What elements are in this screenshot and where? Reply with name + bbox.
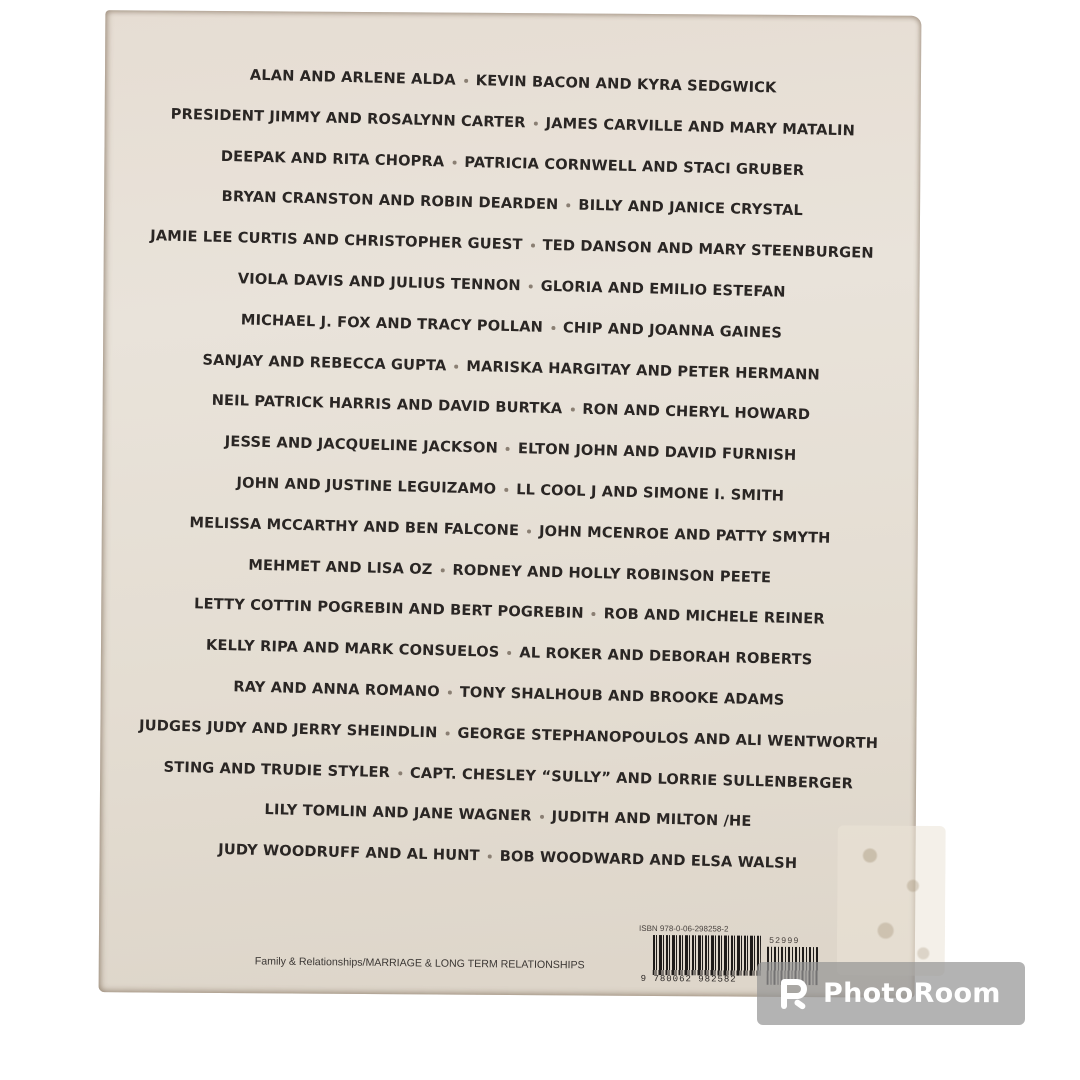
couple-name: ALAN AND ARLENE ALDA — [250, 67, 456, 89]
bullet-separator-icon — [507, 651, 511, 655]
category-label: Family & Relationships/MARRIAGE & LONG T… — [255, 955, 585, 971]
bullet-separator-icon — [398, 771, 402, 775]
barcode-digits: 9 780062 982582 — [641, 974, 737, 985]
bullet-separator-icon — [529, 284, 533, 288]
photoroom-watermark: PhotoRoom — [757, 962, 1025, 1025]
bullet-separator-icon — [570, 408, 574, 412]
bullet-separator-icon — [440, 568, 444, 572]
couple-name: ROB AND MICHELE REINER — [604, 606, 825, 628]
photo-stage: ALAN AND ARLENE ALDAKEVIN BACON AND KYRA… — [0, 0, 1080, 1080]
bullet-separator-icon — [452, 160, 456, 164]
watermark-text: PhotoRoom — [823, 978, 1001, 1009]
bullet-separator-icon — [527, 529, 531, 533]
isbn-label: ISBN 978-0-06-298258-2 — [639, 924, 728, 934]
bullet-separator-icon — [504, 488, 508, 492]
barcode-bars-icon — [653, 935, 761, 976]
photoroom-logo-icon — [781, 979, 811, 1009]
book-back-cover: ALAN AND ARLENE ALDAKEVIN BACON AND KYRA… — [99, 10, 922, 998]
bullet-separator-icon — [592, 612, 596, 616]
couple-name: BILLY AND JANICE CRYSTAL — [578, 197, 803, 219]
price-code: 52999 — [769, 936, 800, 946]
bullet-separator-icon — [540, 815, 544, 819]
bullet-separator-icon — [454, 364, 458, 368]
bullet-separator-icon — [448, 690, 452, 694]
bullet-separator-icon — [464, 79, 468, 83]
bullet-separator-icon — [488, 855, 492, 859]
sticker-residue — [837, 825, 946, 976]
bullet-separator-icon — [534, 121, 538, 125]
couple-name: JUDITH AND MILTON /HE — [551, 808, 751, 830]
couple-name: RON AND CHERYL HOWARD — [582, 401, 810, 424]
couple-name: KEVIN BACON AND KYRA SEDGWICK — [476, 72, 777, 96]
bullet-separator-icon — [531, 244, 535, 248]
bullet-separator-icon — [566, 204, 570, 208]
contributor-name-list: ALAN AND ARLENE ALDAKEVIN BACON AND KYRA… — [99, 70, 921, 892]
bullet-separator-icon — [551, 326, 555, 330]
bullet-separator-icon — [506, 447, 510, 451]
bullet-separator-icon — [445, 731, 449, 735]
